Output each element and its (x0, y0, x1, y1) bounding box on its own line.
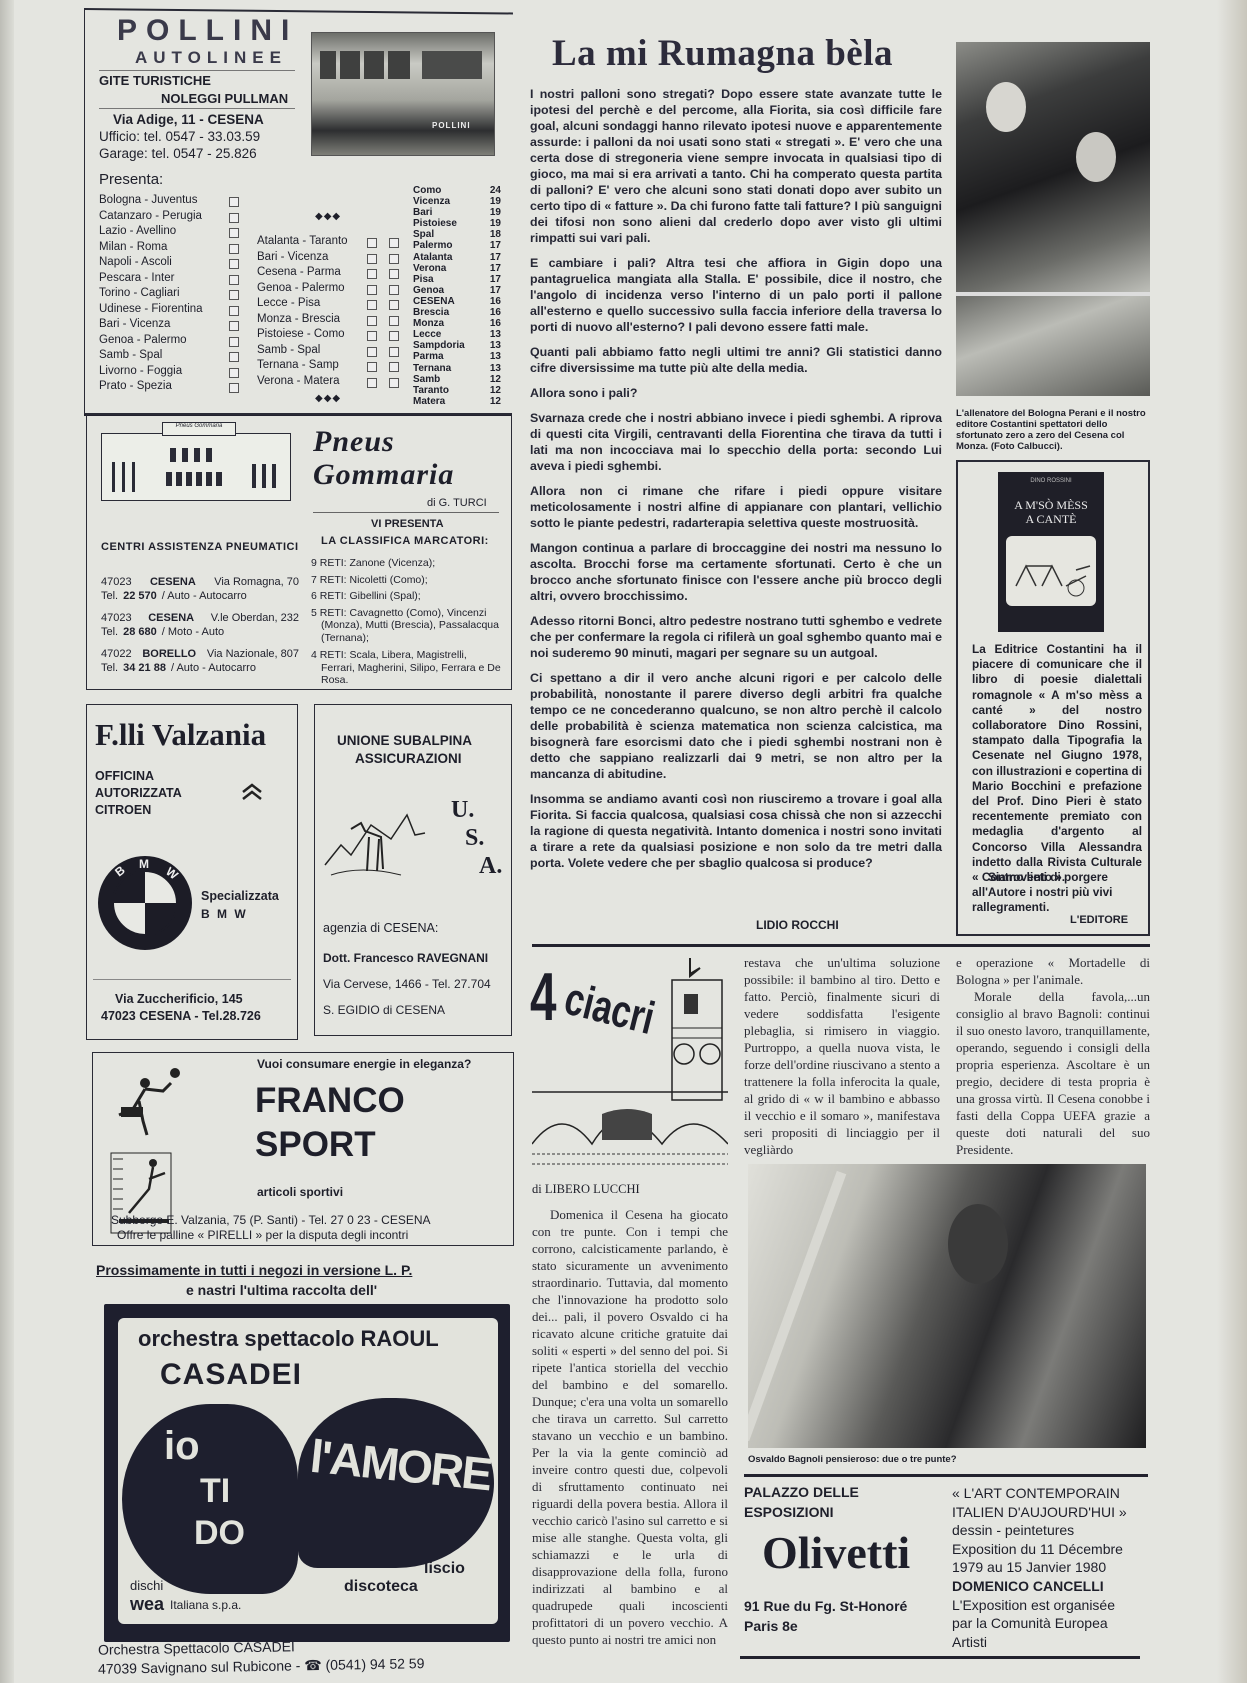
match-label: Ternana - Samp (257, 359, 339, 371)
casadei-ti: TI (200, 1472, 230, 1511)
book-signature: L'EDITORE (1070, 914, 1128, 926)
olivetti-venue-1: PALAZZO DELLE (744, 1484, 859, 1500)
standings-row: Verona17 (413, 263, 501, 274)
scorers-list: 9 RETI: Zanone (Vicenza);7 RETI: Nicolet… (311, 557, 503, 692)
book-title-2: A CANTÈ (998, 512, 1104, 527)
location-line1-code: 47023 (101, 611, 132, 625)
match-label: Samb - Spal (257, 344, 320, 356)
casadei-footer-1: Orchestra Spettacolo CASADEI (98, 1638, 295, 1657)
team-name: Monza (413, 318, 444, 329)
standings-row: Genoa17 (413, 285, 501, 296)
team-name: Pisa (413, 274, 434, 285)
ciacri-word: ciacri (560, 973, 660, 1043)
team-points: 17 (490, 263, 501, 274)
serie-a-match-row: Udinese - Fiorentina (99, 303, 249, 319)
tyre-shop-building-illustration: Pneus Gommaria (101, 433, 291, 501)
svg-text:M: M (139, 857, 149, 871)
location-line2-rest: / Moto - Auto (162, 626, 224, 638)
pollini-line1: GITE TURISTICHE (99, 73, 211, 88)
pick-checkbox[interactable] (367, 300, 377, 310)
book-text: La Editrice Costantini ha il piacere di … (972, 642, 1142, 885)
match-label: Atalanta - Taranto (257, 235, 348, 247)
location-line2-rest: / Auto - Autocarro (162, 590, 247, 602)
olivetti-brand: Olivetti (762, 1526, 910, 1579)
standings-row: Ternana13 (413, 363, 501, 374)
ciacri-number: 4 (530, 960, 556, 1034)
exhibit-line-5: 1979 au 15 Janvier 1980 (952, 1558, 1127, 1577)
serie-a-match-row: Lazio - Avellino (99, 225, 249, 241)
pick-checkbox[interactable] (367, 238, 377, 248)
franco-title-1: FRANCO (255, 1081, 405, 1121)
casadei-top: orchestra spettacolo RAOUL (138, 1326, 439, 1352)
usa-place: S. EGIDIO di CESENA (323, 1003, 445, 1017)
scorer-entry: 5 RETI: Cavagnetto (Como), Vincenzi (Mon… (311, 607, 503, 645)
serie-a-match-row: Prato - Spezia (99, 380, 249, 396)
franco-sport-ad: Vuoi consumare energie in eleganza? FRAN… (92, 1052, 514, 1246)
team-name: Palermo (413, 240, 452, 251)
location-line2-tel: Tel. (101, 626, 118, 638)
pick-checkbox[interactable] (229, 290, 239, 300)
olivetti-address-1: 91 Rue du Fg. St-Honoré (744, 1598, 907, 1614)
pneus-gommaria-ad: Pneus Gommaria Pneus Gommaria di G. TURC… (86, 414, 512, 690)
standings-row: Matera12 (413, 396, 501, 407)
standings-row: Bari19 (413, 207, 501, 218)
pollini-line2: NOLEGGI PULLMAN (161, 91, 288, 106)
ciacri-col3b-text: Morale della favola,...un consiglio al b… (956, 988, 1150, 1158)
standings-row: Samb12 (413, 374, 501, 385)
team-points: 12 (490, 374, 501, 385)
valzania-ad: F.lli Valzania OFFICINA AUTORIZZATA CITR… (86, 704, 298, 1040)
pneus-ranking-title: LA CLASSIFICA MARCATORI: (321, 535, 489, 547)
article-paragraph: Ci spettano a dir il vero anche alcuni r… (530, 670, 942, 782)
casadei-liscio: liscio (424, 1560, 465, 1578)
exhibit-line-4: Exposition du 11 Décembre (952, 1540, 1127, 1559)
team-name: Verona (413, 263, 446, 274)
match-label: Pistoiese - Como (257, 328, 345, 340)
standings-table: Como24Vicenza19Bari19Pistoiese19Spal18Pa… (413, 185, 501, 407)
team-name: Spal (413, 229, 434, 240)
serie-a-match-row: Catanzaro - Perugia (99, 210, 249, 226)
pick-checkbox[interactable] (389, 300, 399, 310)
valzania-address-2: 47023 CESENA - Tel.28.726 (101, 1009, 261, 1023)
article-body: I nostri palloni sono stregati? Dopo ess… (530, 86, 942, 880)
team-name: Bari (413, 207, 432, 218)
pollini-divider-1 (99, 70, 295, 71)
exhibit-line-8: par la Comunità Europea (952, 1614, 1127, 1633)
scorer-entry: 7 RETI: Nicoletti (Como); (311, 574, 503, 587)
team-points: 12 (490, 396, 501, 407)
pollini-ad: POLLINI AUTOLINEE GITE TURISTICHE NOLEGG… (84, 8, 512, 414)
match-label: Genoa - Palermo (257, 282, 345, 294)
photo1-caption: L'allenatore del Bologna Perani e il nos… (956, 408, 1150, 452)
serie-a-match-row: Bologna - Juventus (99, 194, 249, 210)
valzania-specialized: Specializzata (201, 889, 279, 903)
casadei-label: Italiana s.p.a. (170, 1598, 241, 1612)
article-paragraph: Mangon continua a parlare di broccaggine… (530, 540, 942, 604)
ciacri-column-2: restava che un'ultima soluzione possibil… (744, 954, 940, 1158)
page-binding-edge (0, 0, 14, 1683)
olivetti-address-2: Paris 8e (744, 1618, 798, 1634)
book-title-1: A M'SÒ MÈSS (998, 498, 1104, 513)
olivetti-top-rule (744, 1474, 1148, 1477)
usa-logo-s: S. (465, 825, 484, 852)
casadei-promo-1: Prossimamente in tutti i negozi in versi… (96, 1262, 412, 1278)
book-announcement-box: DINO ROSSINI A M'SÒ MÈSS A CANTÈ La Edit… (956, 460, 1150, 936)
casadei-promo-2: e nastri l'ultima raccolta dell' (186, 1282, 377, 1298)
standings-row: Como24 (413, 185, 501, 196)
chamois-mountain-illustration (321, 805, 431, 885)
standings-row: Taranto12 (413, 385, 501, 396)
location-line2-num: 28 680 (123, 626, 157, 638)
pollini-subtitle: AUTOLINEE (135, 48, 287, 68)
arcade-illustration (532, 1084, 728, 1174)
match-label: Milan - Roma (99, 241, 167, 253)
team-name: CESENA (413, 296, 455, 307)
casadei-dischi: dischi (130, 1578, 163, 1593)
page-right-shadow (1217, 0, 1247, 1683)
article-paragraph: Svarnaza crede che i nostri abbiano inve… (530, 410, 942, 474)
pollini-office-phone: Ufficio: tel. 0547 - 33.03.59 (99, 129, 260, 144)
serie-b-match-row: Lecce - Pisa (257, 297, 407, 313)
match-label: Genoa - Palermo (99, 334, 187, 346)
standings-row: Sampdoria13 (413, 340, 501, 351)
franco-subtitle: articoli sportivi (257, 1185, 343, 1199)
serie-a-match-row: Samb - Spal (99, 349, 249, 365)
team-points: 17 (490, 274, 501, 285)
team-name: Sampdoria (413, 340, 465, 351)
serie-b-match-row: Verona - Matera (257, 375, 407, 391)
team-name: Ternana (413, 363, 451, 374)
exhibit-line-3: dessin - peintetures (952, 1521, 1127, 1540)
team-points: 17 (490, 240, 501, 251)
location-line2-tel: Tel. (101, 662, 118, 674)
ciacri-byline: di LIBERO LUCCHI (532, 1182, 640, 1197)
unione-subalpina-ad: UNIONE SUBALPINA ASSICURAZIONI U. S. A. … (314, 704, 512, 1036)
standings-row: Atalanta17 (413, 252, 501, 263)
pick-checkbox[interactable] (367, 362, 377, 372)
serie-b-match-row: Monza - Brescia (257, 313, 407, 329)
match-label: Lecce - Pisa (257, 297, 320, 309)
pick-checkbox[interactable] (229, 244, 239, 254)
franco-address: Subborgo E. Valzania, 75 (P. Santi) - Te… (111, 1213, 431, 1227)
standings-row: Spal18 (413, 229, 501, 240)
standings-row: CESENA16 (413, 296, 501, 307)
pick-checkbox[interactable] (229, 213, 239, 223)
scorer-entry: 9 RETI: Zanone (Vicenza); (311, 557, 503, 570)
diamonds-bottom: ◆◆◆ (315, 393, 341, 404)
exhibit-line-9: Artisti (952, 1633, 1127, 1652)
pneus-title-2: Gommaria (313, 458, 454, 491)
match-label: Torino - Cagliari (99, 287, 180, 299)
ciacri-col3a-text: e operazione « Mortadelle di Bologna » p… (956, 954, 1150, 988)
team-points: 19 (490, 207, 501, 218)
location-line1-city: CESENA (148, 611, 194, 625)
pick-checkbox[interactable] (229, 197, 239, 207)
team-points: 13 (490, 351, 501, 362)
pneus-presents: VI PRESENTA (371, 518, 444, 530)
location-line2-num: 22 570 (123, 590, 157, 602)
location-line1-code: 47023 (101, 575, 132, 589)
pollini-name: POLLINI (117, 14, 298, 48)
pneus-owner: di G. TURCI (427, 497, 487, 509)
team-name: Pistoiese (413, 218, 457, 229)
photo-osvaldo-bagnoli (748, 1164, 1146, 1448)
pick-checkbox[interactable] (389, 254, 399, 264)
pick-checkbox[interactable] (229, 228, 239, 238)
article-headline: La mi Rumagna bèla (552, 32, 893, 75)
book-cover: DINO ROSSINI A M'SÒ MÈSS A CANTÈ (998, 472, 1104, 632)
match-label: Verona - Matera (257, 375, 339, 387)
casadei-io: io (164, 1424, 200, 1469)
pick-checkbox[interactable] (389, 378, 399, 388)
wea-logo: wea (130, 1594, 164, 1615)
location-line2-tel: Tel. (101, 590, 118, 602)
team-name: Vicenza (413, 196, 450, 207)
standings-row: Palermo17 (413, 240, 501, 251)
book-closing: Siamo lieti di porgere all'Autore i nost… (972, 870, 1142, 916)
team-points: 12 (490, 385, 501, 396)
franco-offer: Offre le palline « PIRELLI » per la disp… (117, 1228, 408, 1242)
ciacri-col2-text: restava che un'ultima soluzione possibil… (744, 954, 940, 1158)
valzania-address-1: Via Zuccherificio, 145 (115, 992, 243, 1006)
serie-b-list: Atalanta - TarantoBari - VicenzaCesena -… (257, 235, 407, 390)
serie-b-match-row: Cesena - Parma (257, 266, 407, 282)
ciacri-top-rule (532, 944, 1150, 947)
pneus-location: 47023CESENAVia Romagna, 70Tel.22 570/ Au… (101, 575, 299, 603)
standings-row: Vicenza19 (413, 196, 501, 207)
exhibit-artist: DOMENICO CANCELLI (952, 1577, 1127, 1596)
pollini-bus-photo: POLLINI (311, 32, 495, 156)
bus-label: POLLINI (432, 121, 471, 130)
team-points: 13 (490, 329, 501, 340)
location-line1-addr: V.le Oberdan, 232 (211, 611, 299, 625)
team-name: Parma (413, 351, 444, 362)
casadei-do: DO (194, 1514, 245, 1553)
usa-logo-u: U. (451, 797, 474, 824)
usa-title-1: UNIONE SUBALPINA (337, 733, 472, 748)
team-points: 17 (490, 252, 501, 263)
serie-b-match-row: Ternana - Samp (257, 359, 407, 375)
team-name: Atalanta (413, 252, 452, 263)
pollini-address: Via Adige, 11 - CESENA (113, 112, 264, 127)
franco-title-2: SPORT (255, 1125, 376, 1165)
match-label: Monza - Brescia (257, 313, 340, 325)
pick-checkbox[interactable] (229, 321, 239, 331)
standings-row: Brescia16 (413, 307, 501, 318)
serie-b-match-row: Bari - Vicenza (257, 251, 407, 267)
article-paragraph: Insomma se andiamo avanti così non riusc… (530, 791, 942, 871)
pick-checkbox[interactable] (229, 368, 239, 378)
exhibit-line-1: « L'ART CONTEMPORAIN (952, 1484, 1127, 1503)
pneus-title-1: Pneus (313, 425, 395, 458)
serie-b-match-row: Samb - Spal (257, 344, 407, 360)
olivetti-bottom-rule (740, 1656, 1140, 1659)
usa-agent: Dott. Francesco RAVEGNANI (323, 951, 488, 965)
book-author: DINO ROSSINI (998, 478, 1104, 484)
valzania-bmw-text: B M W (201, 907, 248, 921)
pick-checkbox[interactable] (389, 331, 399, 341)
serie-b-match-row: Genoa - Palermo (257, 282, 407, 298)
franco-tagline: Vuoi consumare energie in eleganza? (257, 1057, 471, 1071)
serie-a-match-row: Torino - Cagliari (99, 287, 249, 303)
ciacri-column-3: e operazione « Mortadelle di Bologna » p… (956, 954, 1150, 1158)
diamonds-top: ◆◆◆ (315, 211, 341, 222)
article-paragraph: E cambiare i pali? Altra tesi che affior… (530, 255, 942, 335)
team-name: Brescia (413, 307, 449, 318)
pneus-location: 47022BORELLOVia Nazionale, 807Tel.34 21 … (101, 647, 299, 675)
team-points: 17 (490, 285, 501, 296)
pick-checkbox[interactable] (229, 259, 239, 269)
pick-checkbox[interactable] (389, 347, 399, 357)
scorer-entry: 6 RETI: Gibellini (Spal); (311, 590, 503, 603)
match-label: Prato - Spezia (99, 380, 172, 392)
pick-checkbox[interactable] (229, 352, 239, 362)
valzania-title: F.lli Valzania (95, 717, 266, 753)
serie-a-list: Bologna - JuventusCatanzaro - PerugiaLaz… (99, 194, 249, 396)
casadei-footer-2: 47039 Savignano sul Rubicone - ☎ (0541) … (98, 1655, 425, 1678)
valzania-officina: OFFICINA (95, 769, 154, 783)
pneus-service: CENTRI ASSISTENZA PNEUMATICI (101, 541, 299, 553)
photo2-caption: Osvaldo Bagnoli pensieroso: due o tre pu… (748, 1454, 957, 1465)
serie-a-match-row: Pescara - Inter (99, 272, 249, 288)
article-paragraph: Quanti pali abbiamo fatto negli ultimi t… (530, 344, 942, 376)
team-points: 16 (490, 296, 501, 307)
team-points: 19 (490, 196, 501, 207)
building-sign: Pneus Gommaria (162, 422, 236, 436)
pollini-presents: Presenta: (99, 171, 163, 188)
team-name: Taranto (413, 385, 449, 396)
pick-checkbox[interactable] (229, 275, 239, 285)
match-label: Lazio - Avellino (99, 225, 176, 237)
pick-checkbox[interactable] (367, 347, 377, 357)
ciacri-column-1: Domenica il Cesena ha giocato con tre pu… (532, 1206, 728, 1648)
team-points: 13 (490, 340, 501, 351)
oxen-cart-illustration (1006, 536, 1096, 606)
team-name: Lecce (413, 329, 441, 340)
pick-checkbox[interactable] (367, 316, 377, 326)
pick-checkbox[interactable] (367, 331, 377, 341)
olivetti-venue-2: ESPOSIZIONI (744, 1504, 833, 1520)
usa-title-2: ASSICURAZIONI (355, 751, 462, 766)
bmw-logo-icon: B M W (97, 855, 193, 951)
serie-a-match-row: Napoli - Ascoli (99, 256, 249, 272)
match-label: Catanzaro - Perugia (99, 210, 202, 222)
article-paragraph: Allora sono i pali? (530, 385, 942, 401)
standings-row: Parma13 (413, 351, 501, 362)
ciacri-col1-text: Domenica il Cesena ha giocato con tre pu… (532, 1206, 728, 1648)
usa-logo-a: A. (479, 853, 502, 880)
pick-checkbox[interactable] (389, 269, 399, 279)
pick-checkbox[interactable] (229, 306, 239, 316)
location-line2-num: 34 21 88 (123, 662, 166, 674)
match-label: Bari - Vicenza (257, 251, 328, 263)
team-points: 24 (490, 185, 501, 196)
pick-checkbox[interactable] (229, 337, 239, 347)
team-points: 16 (490, 318, 501, 329)
casadei-ad: orchestra spettacolo RAOUL CASADEI io TI… (104, 1304, 510, 1642)
olivetti-right-text: « L'ART CONTEMPORAIN ITALIEN D'AUJOURD'H… (952, 1484, 1127, 1651)
location-line1-addr: Via Nazionale, 807 (207, 647, 299, 661)
location-line1-city: CESENA (150, 575, 196, 589)
serie-b-match-row: Pistoiese - Como (257, 328, 407, 344)
usa-agency: agenzia di CESENA: (323, 921, 438, 935)
serie-a-match-row: Livorno - Foggia (99, 365, 249, 381)
article-paragraph: I nostri palloni sono stregati? Dopo ess… (530, 86, 942, 246)
pneus-locations: 47023CESENAVia Romagna, 70Tel.22 570/ Au… (101, 575, 299, 683)
serie-a-match-row: Genoa - Palermo (99, 334, 249, 350)
team-name: Genoa (413, 285, 444, 296)
standings-row: Pistoiese19 (413, 218, 501, 229)
team-points: 18 (490, 229, 501, 240)
valzania-divider (93, 979, 291, 980)
casadei-name: CASADEI (160, 1358, 302, 1392)
team-points: 13 (490, 363, 501, 374)
football-player-illustration (109, 1065, 189, 1145)
standings-row: Pisa17 (413, 274, 501, 285)
exhibit-line-7: L'Exposition est organisée (952, 1596, 1127, 1615)
standings-row: Lecce13 (413, 329, 501, 340)
location-line1-code: 47022 (101, 647, 132, 661)
team-points: 16 (490, 307, 501, 318)
match-label: Bologna - Juventus (99, 194, 197, 206)
valzania-citroen: CITROEN (95, 803, 151, 817)
match-label: Cesena - Parma (257, 266, 341, 278)
casadei-discoteca: discoteca (344, 1578, 418, 1596)
photo-perani-costantini (956, 42, 1150, 396)
match-label: Pescara - Inter (99, 272, 174, 284)
location-line1-addr: Via Romagna, 70 (214, 575, 299, 589)
match-label: Samb - Spal (99, 349, 162, 361)
serie-a-match-row: Bari - Vicenza (99, 318, 249, 334)
pollini-garage-phone: Garage: tel. 0547 - 25.826 (99, 146, 257, 161)
match-label: Livorno - Foggia (99, 365, 182, 377)
pick-checkbox[interactable] (367, 269, 377, 279)
serie-a-match-row: Milan - Roma (99, 241, 249, 257)
article-paragraph: Allora non ci rimane che rifare i piedi … (530, 483, 942, 531)
article-paragraph: Adesso ritorni Bonci, altro pedestre nos… (530, 613, 942, 661)
citroen-chevron-icon (241, 781, 263, 803)
serie-b-match-row: Atalanta - Taranto (257, 235, 407, 251)
standings-row: Monza16 (413, 318, 501, 329)
exhibit-line-2: ITALIEN D'AUJOURD'HUI » (952, 1503, 1127, 1522)
pick-checkbox[interactable] (389, 362, 399, 372)
team-name: Samb (413, 374, 440, 385)
valzania-autorizzata: AUTORIZZATA (95, 786, 182, 800)
pollini-divider-2 (99, 108, 295, 109)
pneus-divider (313, 512, 499, 513)
match-label: Napoli - Ascoli (99, 256, 172, 268)
match-label: Udinese - Fiorentina (99, 303, 203, 315)
pneus-location: 47023CESENAV.le Oberdan, 232Tel.28 680/ … (101, 611, 299, 639)
team-name: Como (413, 185, 441, 196)
pick-checkbox[interactable] (389, 285, 399, 295)
team-name: Matera (413, 396, 445, 407)
scorer-entry: 4 RETI: Scala, Libera, Magistrelli, Ferr… (311, 649, 503, 687)
location-line1-city: BORELLO (142, 647, 196, 661)
pick-checkbox[interactable] (367, 285, 377, 295)
pick-checkbox[interactable] (389, 316, 399, 326)
usa-address: Via Cervese, 1466 - Tel. 27.704 (323, 977, 491, 991)
pick-checkbox[interactable] (367, 378, 377, 388)
location-line2-rest: / Auto - Autocarro (171, 662, 256, 674)
match-label: Bari - Vicenza (99, 318, 170, 330)
team-points: 19 (490, 218, 501, 229)
pick-checkbox[interactable] (367, 254, 377, 264)
pick-checkbox[interactable] (229, 383, 239, 393)
article-author: LIDIO ROCCHI (756, 918, 839, 932)
pick-checkbox[interactable] (389, 238, 399, 248)
